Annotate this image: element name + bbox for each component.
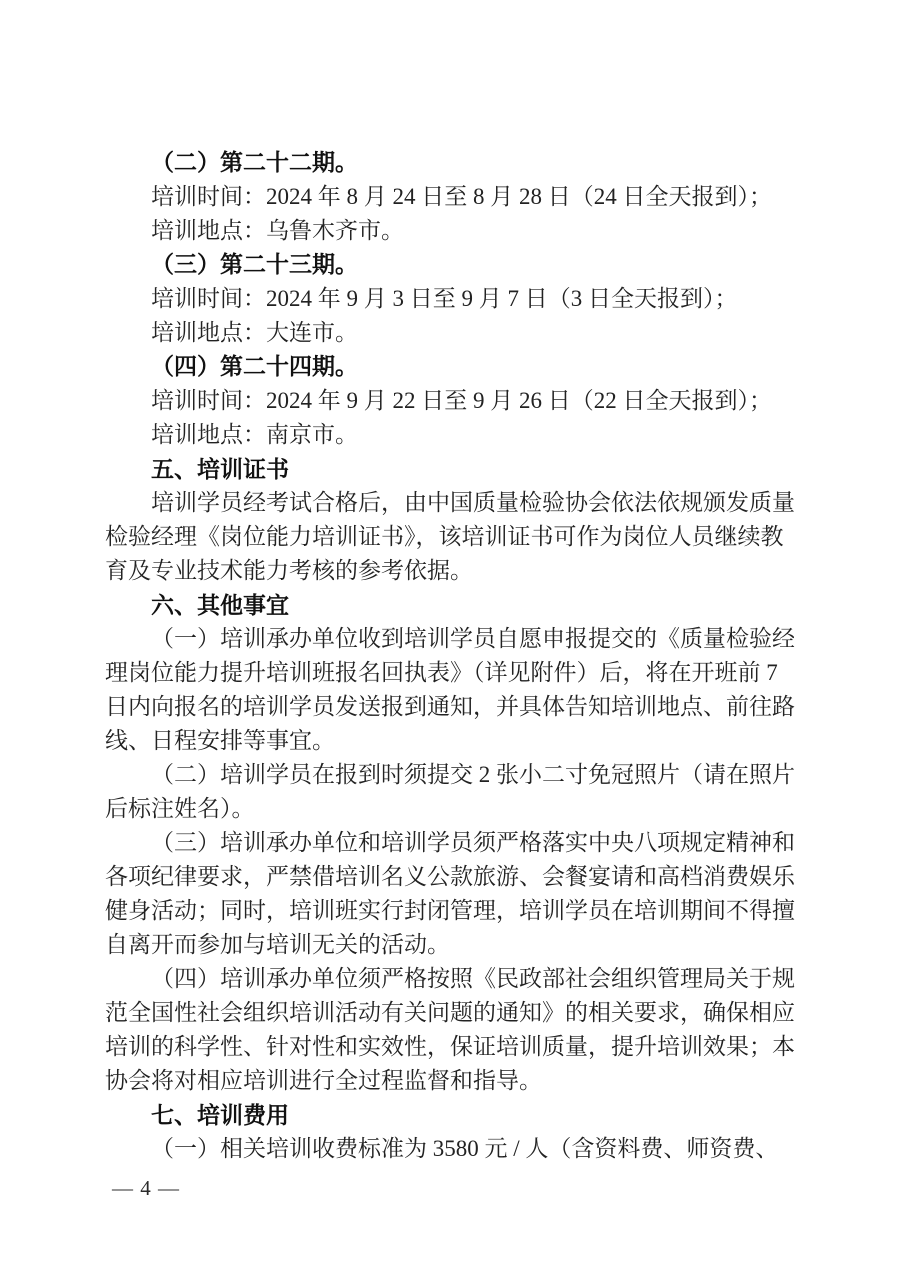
subsection-heading: （三）第二十三期。 (105, 248, 797, 282)
subsection-heading: （四）第二十四期。 (105, 350, 797, 384)
text-line: 培训地点：南京市。 (105, 418, 797, 452)
text-line: 后标注姓名）。 (105, 792, 797, 826)
document-page: （二）第二十二期。培训时间：2024 年 8 月 24 日至 8 月 28 日（… (0, 0, 900, 1273)
text-line: 培训地点：乌鲁木齐市。 (105, 214, 797, 248)
text-line: 范全国性社会组织培训活动有关问题的通知》的相关要求，确保相应 (105, 996, 797, 1030)
text-line: 培训时间：2024 年 8 月 24 日至 8 月 28 日（24 日全天报到）… (105, 180, 797, 214)
text-line: 检验经理《岗位能力培训证书》，该培训证书可作为岗位人员继续教 (105, 520, 797, 554)
text-line: 协会将对相应培训进行全过程监督和指导。 (105, 1064, 797, 1098)
text-line: （三）培训承办单位和培训学员须严格落实中央八项规定精神和 (105, 826, 797, 860)
section-heading: 七、培训费用 (105, 1098, 797, 1132)
text-line: 培训学员经考试合格后，由中国质量检验协会依法依规颁发质量 (105, 486, 797, 520)
text-line: 育及专业技术能力考核的参考依据。 (105, 554, 797, 588)
text-line: 理岗位能力提升培训班报名回执表》（详见附件）后，将在开班前 7 (105, 656, 797, 690)
text-line: （一）培训承办单位收到培训学员自愿申报提交的《质量检验经 (105, 622, 797, 656)
text-line: 培训地点：大连市。 (105, 316, 797, 350)
subsection-heading: （二）第二十二期。 (105, 146, 797, 180)
section-heading: 五、培训证书 (105, 452, 797, 486)
text-line: 培训的科学性、针对性和实效性，保证培训质量，提升培训效果；本 (105, 1030, 797, 1064)
text-line: 培训时间：2024 年 9 月 3 日至 9 月 7 日（3 日全天报到）； (105, 282, 797, 316)
text-line: 线、日程安排等事宜。 (105, 724, 797, 758)
text-line: 自离开而参加与培训无关的活动。 (105, 928, 797, 962)
text-line: （四）培训承办单位须严格按照《民政部社会组织管理局关于规 (105, 962, 797, 996)
page-number: — 4 — (112, 1176, 180, 1200)
text-line: 日内向报名的培训学员发送报到通知，并具体告知培训地点、前往路 (105, 690, 797, 724)
section-heading: 六、其他事宜 (105, 588, 797, 622)
document-body: （二）第二十二期。培训时间：2024 年 8 月 24 日至 8 月 28 日（… (105, 146, 797, 1166)
text-line: 健身活动；同时，培训班实行封闭管理，培训学员在培训期间不得擅 (105, 894, 797, 928)
text-line: 培训时间：2024 年 9 月 22 日至 9 月 26 日（22 日全天报到）… (105, 384, 797, 418)
text-line: （二）培训学员在报到时须提交 2 张小二寸免冠照片（请在照片 (105, 758, 797, 792)
text-line: （一）相关培训收费标准为 3580 元 / 人（含资料费、师资费、 (105, 1132, 797, 1166)
text-line: 各项纪律要求，严禁借培训名义公款旅游、会餐宴请和高档消费娱乐 (105, 860, 797, 894)
